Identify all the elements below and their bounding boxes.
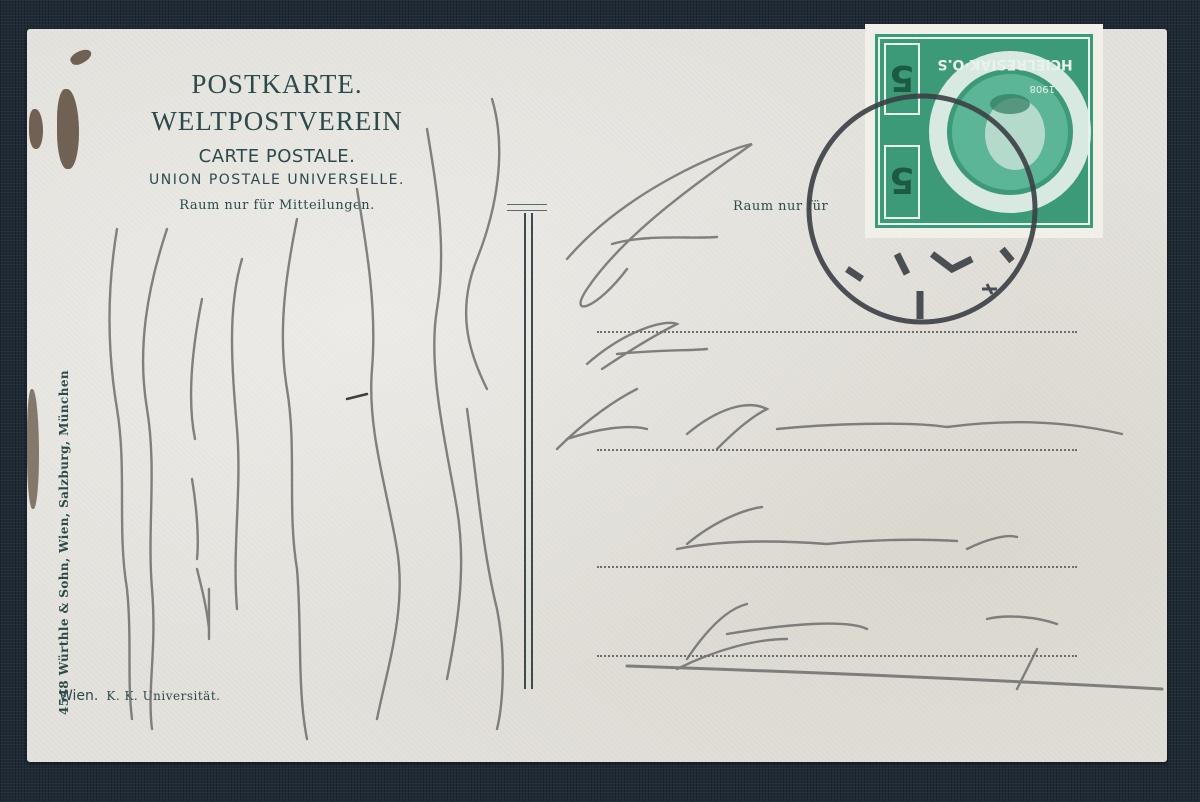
handwriting-layer [27, 29, 1167, 762]
postcard: POSTKARTE. WELTPOSTVEREIN CARTE POSTALE.… [27, 29, 1167, 762]
